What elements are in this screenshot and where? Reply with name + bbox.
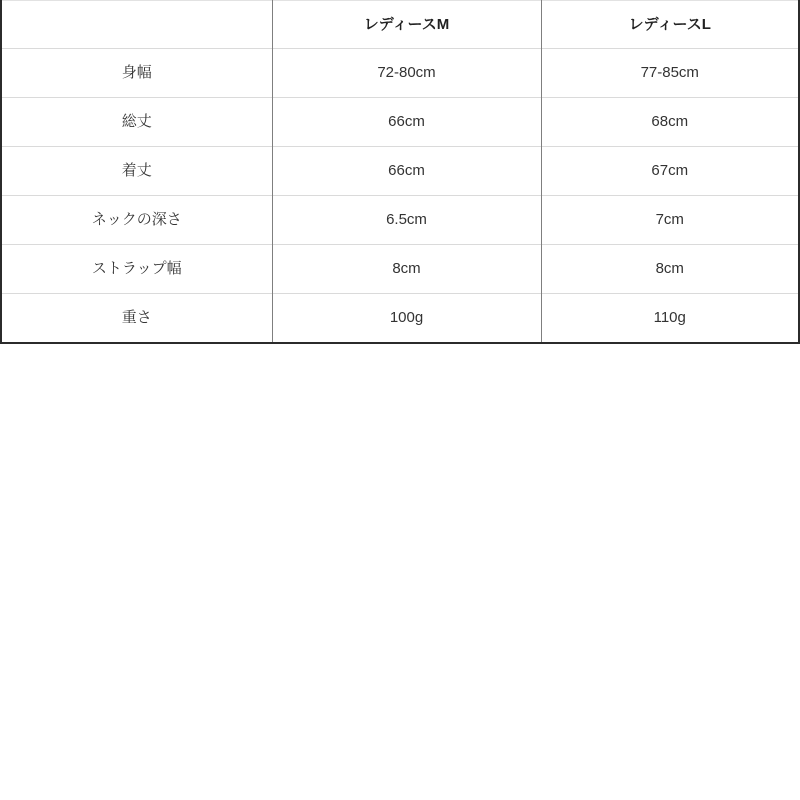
cell-value: 8cm — [541, 245, 799, 294]
column-header-blank — [1, 1, 272, 49]
cell-value: 110g — [541, 294, 799, 344]
cell-value: 72-80cm — [272, 49, 541, 98]
row-label: 総丈 — [1, 98, 272, 147]
size-chart-page: レディースM レディースL 身幅 72-80cm 77-85cm 総丈 66cm… — [0, 0, 800, 344]
table-row: ストラップ幅 8cm 8cm — [1, 245, 799, 294]
table-row: ネックの深さ 6.5cm 7cm — [1, 196, 799, 245]
row-label: 着丈 — [1, 147, 272, 196]
row-label: ストラップ幅 — [1, 245, 272, 294]
column-header-ladies-l: レディースL — [541, 1, 799, 49]
row-label: ネックの深さ — [1, 196, 272, 245]
table-row: 重さ 100g 110g — [1, 294, 799, 344]
cell-value: 66cm — [272, 147, 541, 196]
cell-value: 8cm — [272, 245, 541, 294]
cell-value: 66cm — [272, 98, 541, 147]
cell-value: 67cm — [541, 147, 799, 196]
size-chart-table: レディースM レディースL 身幅 72-80cm 77-85cm 総丈 66cm… — [0, 0, 800, 344]
cell-value: 7cm — [541, 196, 799, 245]
cell-value: 77-85cm — [541, 49, 799, 98]
table-row: 着丈 66cm 67cm — [1, 147, 799, 196]
table-row: 身幅 72-80cm 77-85cm — [1, 49, 799, 98]
cell-value: 6.5cm — [272, 196, 541, 245]
row-label: 重さ — [1, 294, 272, 344]
row-label: 身幅 — [1, 49, 272, 98]
cell-value: 68cm — [541, 98, 799, 147]
table-row: 総丈 66cm 68cm — [1, 98, 799, 147]
cell-value: 100g — [272, 294, 541, 344]
column-header-ladies-m: レディースM — [272, 1, 541, 49]
header-row: レディースM レディースL — [1, 1, 799, 49]
